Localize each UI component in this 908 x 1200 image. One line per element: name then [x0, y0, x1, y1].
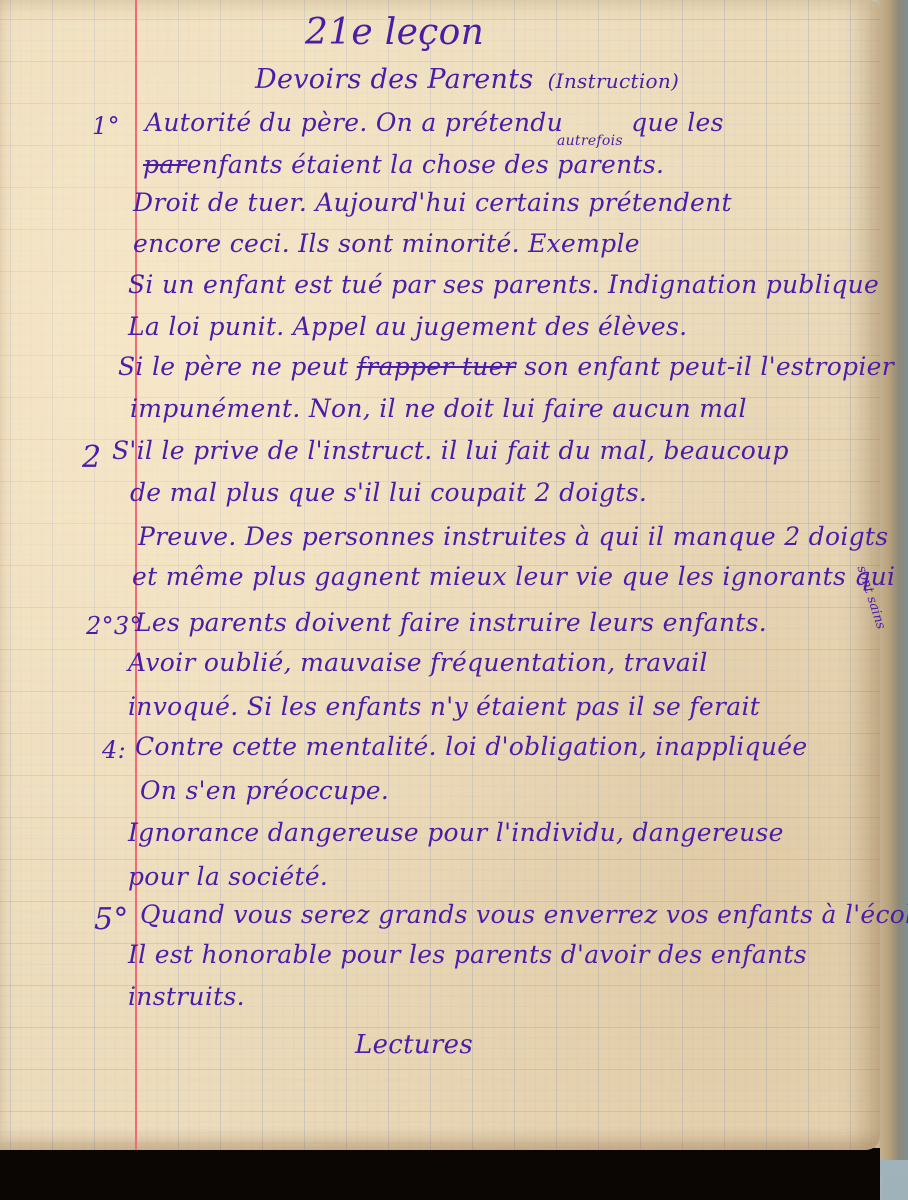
interlinear-note: autrefois [557, 133, 623, 149]
line-text: enfants étaient la chose des parents. [187, 150, 664, 179]
section-number-1: 1° [92, 112, 120, 140]
subtitle-text: Devoirs des Parents [255, 64, 534, 95]
text-line-19: pour la société. [128, 862, 328, 891]
text-line-3: Droit de tuer. Aujourd'hui certains prét… [133, 188, 732, 217]
text-line-9: S'il le prive de l'instruct. il lui fait… [112, 436, 789, 465]
struck-word: par [143, 150, 187, 179]
notebook-page: 21e leçon Devoirs des Parents(Instructio… [0, 0, 880, 1150]
text-line-2: parenfants étaient la chose des parents. [143, 150, 664, 179]
subtitle-parenthetical: (Instruction) [548, 69, 680, 93]
lesson-title: 21e leçon [305, 12, 484, 53]
text-line-16: Contre cette mentalité. loi d'obligation… [135, 732, 807, 761]
text-line-11: Preuve. Des personnes instruites à qui i… [138, 522, 888, 551]
text-line-14: Avoir oublié, mauvaise fréquentation, tr… [128, 648, 708, 677]
text-line-18: Ignorance dangereuse pour l'individu, da… [128, 818, 784, 847]
text-line-8: impunément. Non, il ne doit lui faire au… [130, 394, 747, 423]
struck-word: frapper tuer [357, 352, 516, 381]
text-line-5: Si un enfant est tué par ses parents. In… [128, 270, 879, 299]
lesson-subtitle: Devoirs des Parents(Instruction) [255, 64, 679, 95]
text-line-13: Les parents doivent faire instruire leur… [135, 608, 767, 637]
text-line-15: invoqué. Si les enfants n'y étaient pas … [128, 692, 760, 721]
notebook-cover-edge [0, 1148, 880, 1200]
text-line-6: La loi punit. Appel au jugement des élèv… [128, 312, 687, 341]
section-footer-title: Lectures [355, 1030, 473, 1060]
text-line-4: encore ceci. Ils sont minorité. Exemple [133, 229, 640, 258]
text-line-20: Quand vous serez grands vous enverrez vo… [140, 900, 908, 929]
text-line-22: instruits. [128, 982, 245, 1011]
text-line-21: Il est honorable pour les parents d'avoi… [128, 940, 807, 969]
text-line-10: de mal plus que s'il lui coupait 2 doigt… [130, 478, 647, 507]
text-line-17: On s'en préoccupe. [140, 776, 389, 805]
text-line-7: Si le père ne peut frapper tuer son enfa… [118, 352, 894, 381]
text-line-12: et même plus gagnent mieux leur vie que … [132, 562, 895, 591]
line-text: Si le père ne peut [118, 352, 357, 381]
line-text-continued: son enfant peut-il l'estropier [516, 352, 894, 381]
section-number-4: 4: [102, 736, 126, 764]
line-text-continued: que les [623, 108, 724, 137]
section-number-5: 5° [94, 902, 129, 937]
section-number-2: 2 [82, 440, 101, 475]
line-text: Autorité du père. On a prétendu [145, 108, 563, 137]
text-line-1: Autorité du père. On a prétenduautrefois… [145, 108, 724, 137]
section-number-3: 2°3° [86, 612, 142, 640]
